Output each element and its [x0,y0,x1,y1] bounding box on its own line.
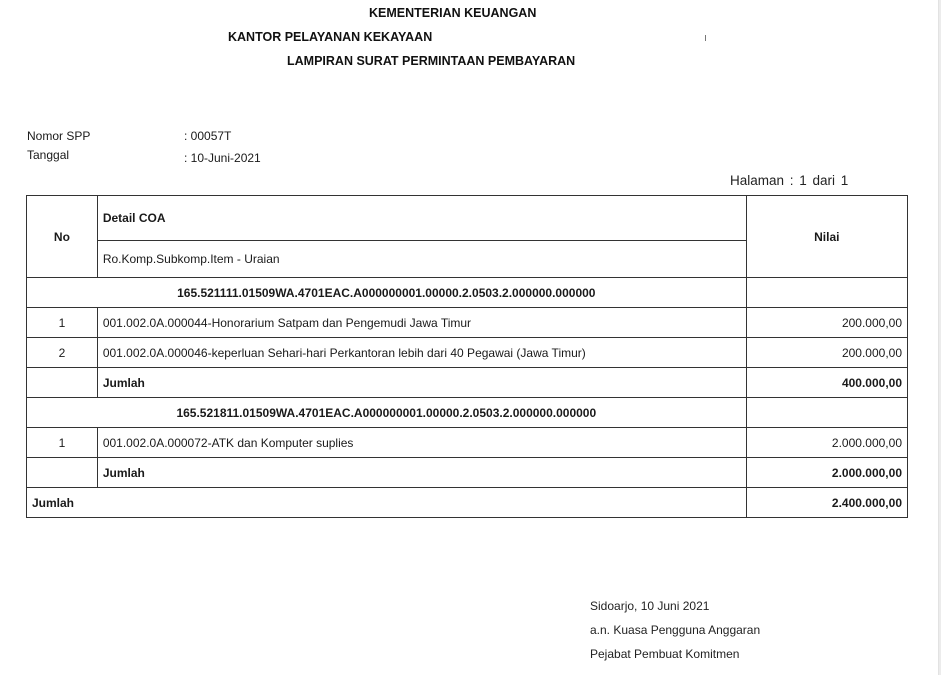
tanggal-label: Tanggal [27,148,69,162]
subtotal-row: Jumlah2.000.000,00 [27,458,908,488]
row-uraian: 001.002.0A.000046-keperluan Sehari-hari … [97,338,746,368]
account-value-empty [746,398,907,428]
grand-total-row: Jumlah2.400.000,00 [27,488,908,518]
account-code: 165.521111.01509WA.4701EAC.A000000001.00… [27,278,747,308]
table-row: 2001.002.0A.000046-keperluan Sehari-hari… [27,338,908,368]
row-nilai: 2.000.000,00 [746,428,907,458]
subtotal-row: Jumlah400.000,00 [27,368,908,398]
grand-total-value: 2.400.000,00 [746,488,907,518]
table-row: 1001.002.0A.000044-Honorarium Satpam dan… [27,308,908,338]
nomor-spp-label: Nomor SPP [27,129,90,143]
signature-on-behalf: a.n. Kuasa Pengguna Anggaran [590,623,760,637]
stray-mark [705,35,706,41]
header-no: No [27,196,98,278]
account-group-row: 165.521111.01509WA.4701EAC.A000000001.00… [27,278,908,308]
row-uraian: 001.002.0A.000044-Honorarium Satpam dan … [97,308,746,338]
subtotal-no-empty [27,368,98,398]
office-heading: KANTOR PELAYANAN KEKAYAAN [228,30,432,44]
nomor-spp-value: : 00057T [184,129,231,143]
row-number: 1 [27,308,98,338]
document-title: LAMPIRAN SURAT PERMINTAAN PEMBAYARAN [287,54,575,68]
row-uraian: 001.002.0A.000072-ATK dan Komputer supli… [97,428,746,458]
tanggal-value: : 10-Juni-2021 [184,151,261,165]
subtotal-label: Jumlah [97,368,746,398]
coa-table: No Detail COA Nilai Ro.Komp.Subkomp.Item… [26,195,908,518]
signature-place-date: Sidoarjo, 10 Juni 2021 [590,599,709,613]
account-group-row: 165.521811.01509WA.4701EAC.A000000001.00… [27,398,908,428]
subtotal-value: 2.000.000,00 [746,458,907,488]
header-uraian: Ro.Komp.Subkomp.Item - Uraian [97,241,746,278]
row-nilai: 200.000,00 [746,338,907,368]
account-code: 165.521811.01509WA.4701EAC.A000000001.00… [27,398,747,428]
row-number: 1 [27,428,98,458]
subtotal-label: Jumlah [97,458,746,488]
coa-table-body: 165.521111.01509WA.4701EAC.A000000001.00… [27,278,908,518]
subtotal-no-empty [27,458,98,488]
signature-position: Pejabat Pembuat Komitmen [590,647,739,661]
header-nilai: Nilai [746,196,907,278]
page-indicator: Halaman : 1 dari 1 [730,173,848,188]
subtotal-value: 400.000,00 [746,368,907,398]
table-row: 1001.002.0A.000072-ATK dan Komputer supl… [27,428,908,458]
account-value-empty [746,278,907,308]
header-detail-coa: Detail COA [97,196,746,241]
ministry-heading: KEMENTERIAN KEUANGAN [369,6,536,20]
row-nilai: 200.000,00 [746,308,907,338]
row-number: 2 [27,338,98,368]
grand-total-label: Jumlah [27,488,747,518]
